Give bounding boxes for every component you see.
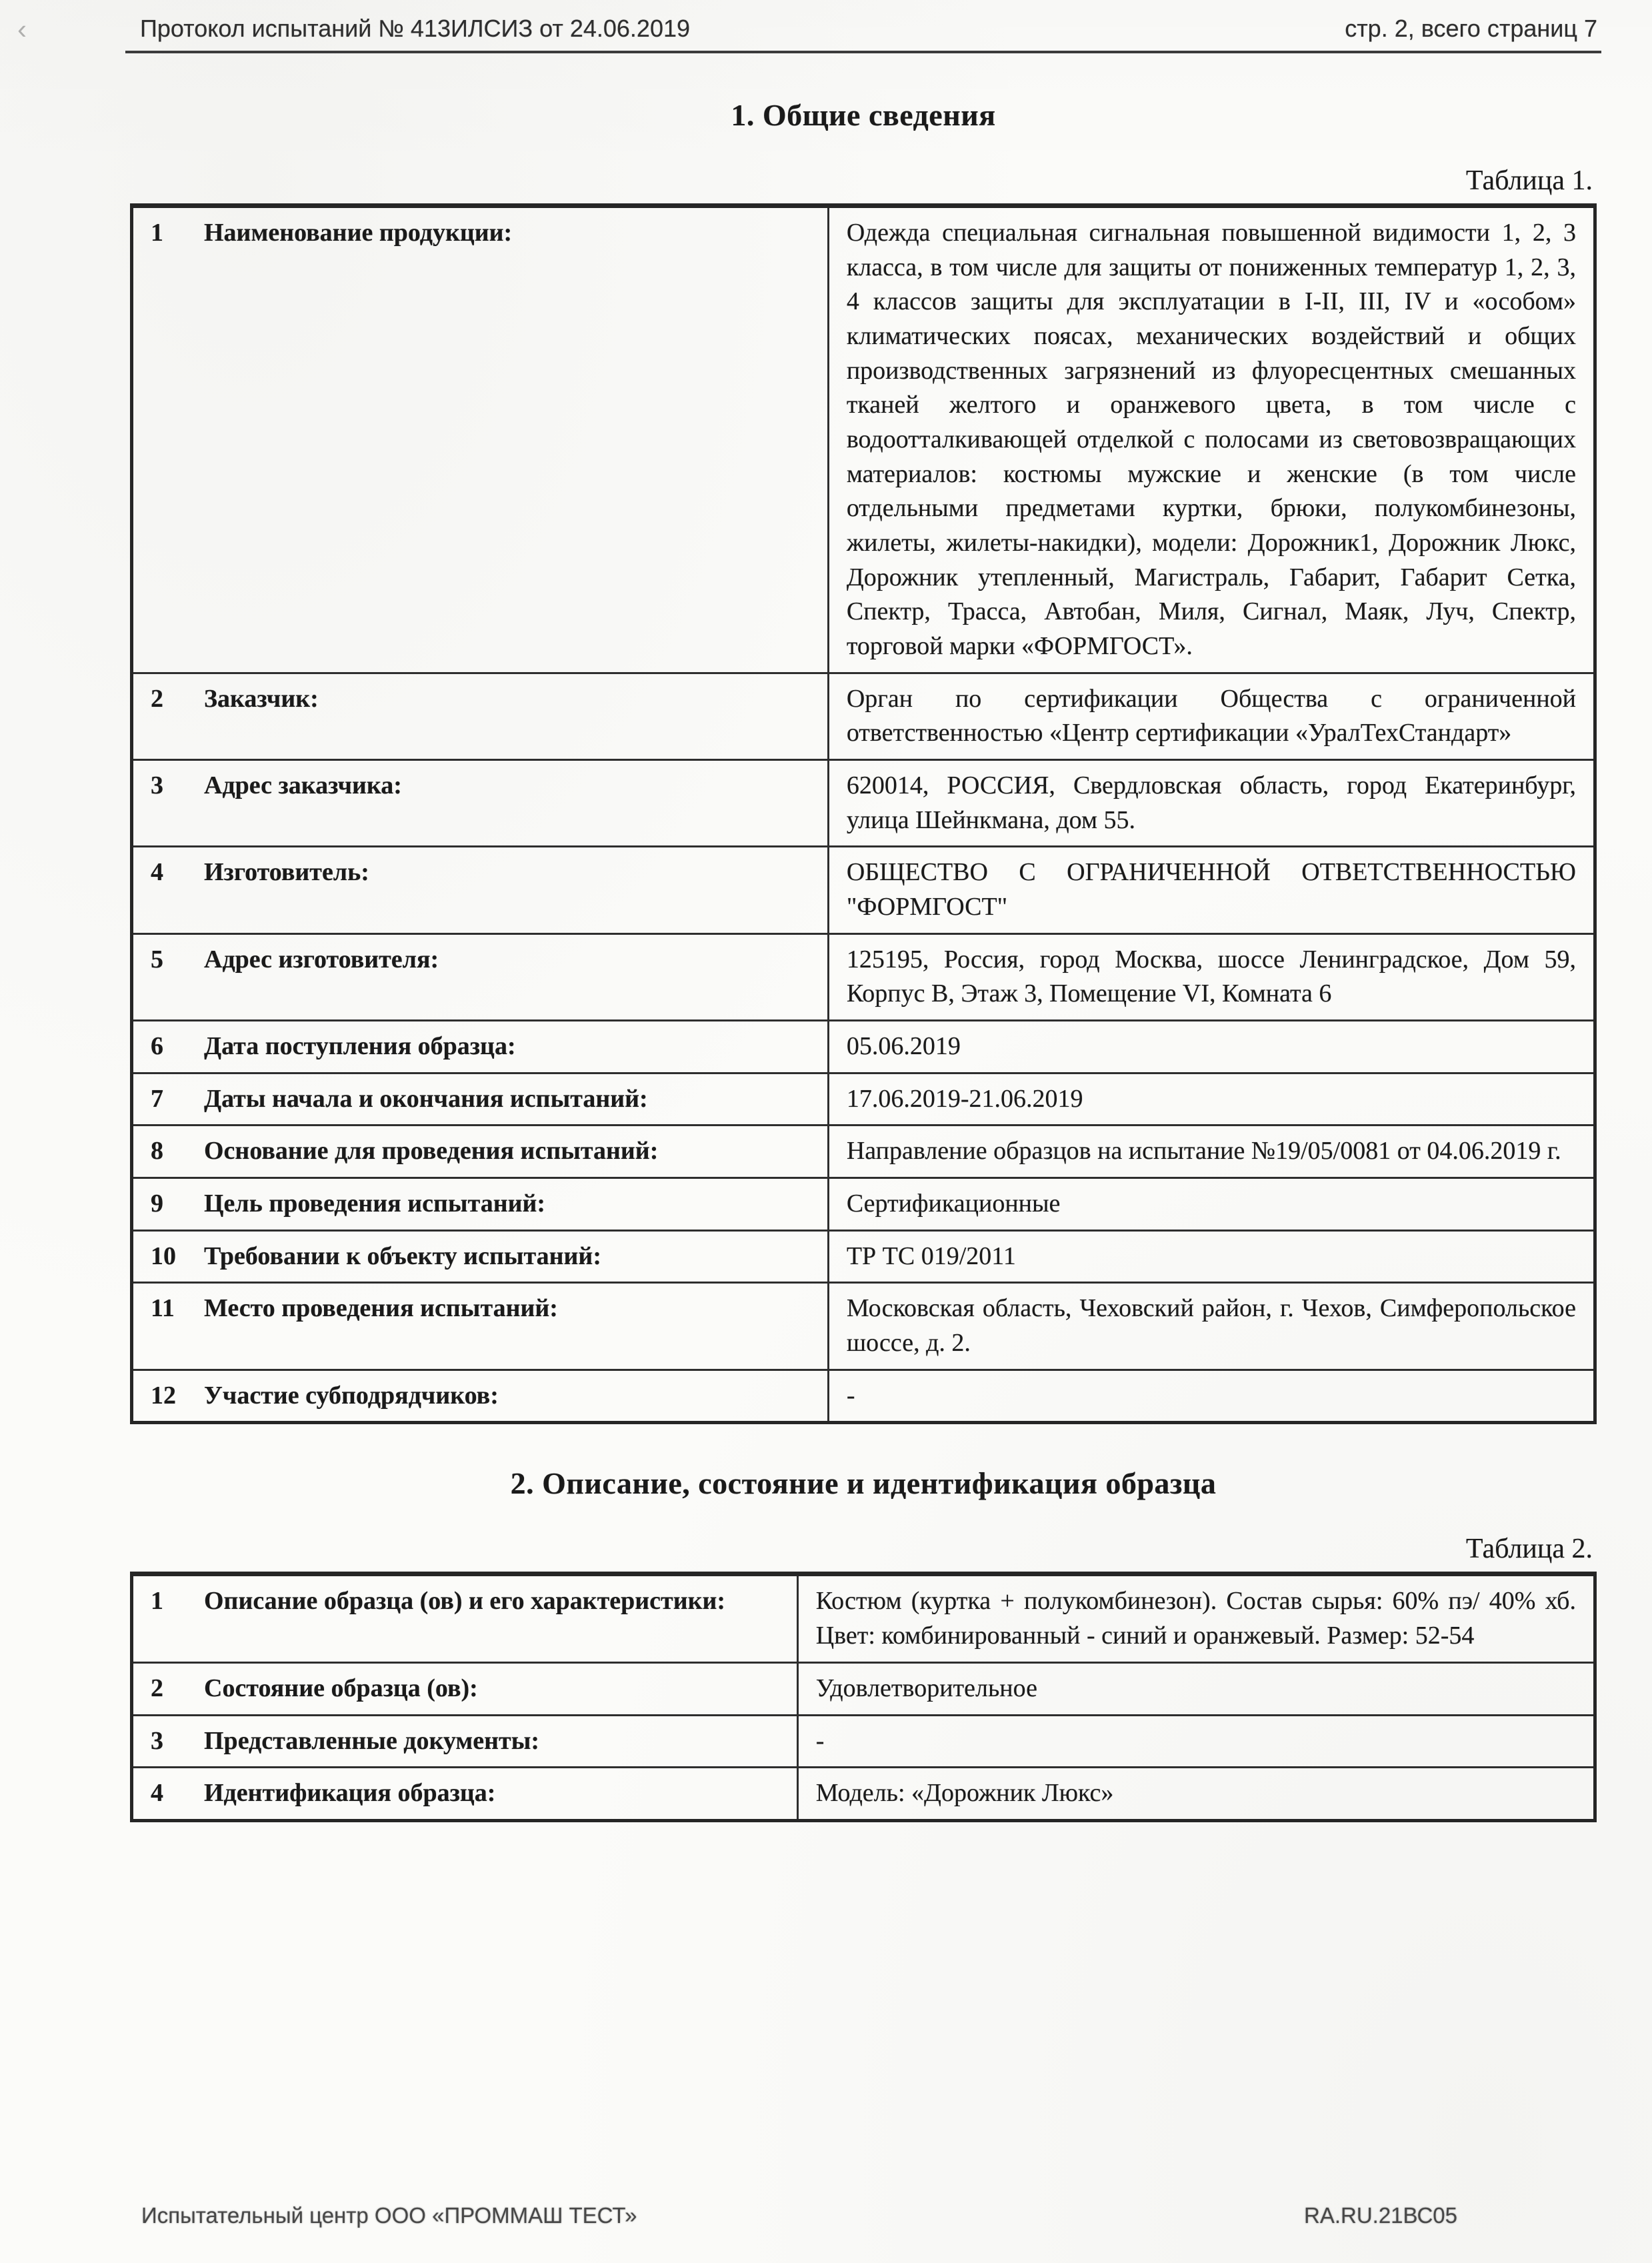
row-value: ТР ТС 019/2011 xyxy=(828,1230,1595,1283)
page-footer: Испытательный центр ООО «ПРОММАШ ТЕСТ» R… xyxy=(141,2203,1457,2228)
document-body: 1. Общие сведения Таблица 1. 1Наименован… xyxy=(130,69,1597,1822)
row-label: Адрес заказчика: xyxy=(204,771,402,799)
row-value: ОБЩЕСТВО С ОГРАНИЧЕННОЙ ОТВЕТСТВЕННОСТЬЮ… xyxy=(828,847,1595,933)
row-number: 2 xyxy=(151,682,204,717)
header-page-count: стр. 2, всего страниц 7 xyxy=(1345,15,1597,43)
table2-caption: Таблица 2. xyxy=(130,1533,1597,1565)
scanned-document-page: ‹ Протокол испытаний № 413ИЛСИЗ от 24.06… xyxy=(0,0,1652,2263)
table1-caption: Таблица 1. xyxy=(130,165,1597,197)
table-row: 3Представленные документы: - xyxy=(132,1715,1595,1768)
row-number: 9 xyxy=(151,1187,204,1222)
row-number: 6 xyxy=(151,1029,204,1064)
table-row: 6Дата поступления образца: 05.06.2019 xyxy=(132,1021,1595,1073)
table-row: 8Основание для проведения испытаний: Нап… xyxy=(132,1125,1595,1178)
row-value: 125195, Россия, город Москва, шоссе Лени… xyxy=(828,933,1595,1020)
row-number: 4 xyxy=(151,1776,204,1811)
table-row: 1Описание образца (ов) и его характерист… xyxy=(132,1574,1595,1662)
row-value: - xyxy=(797,1715,1595,1768)
row-value: Сертификационные xyxy=(828,1178,1595,1231)
footer-accreditation-number: RA.RU.21ВС05 xyxy=(1304,2203,1457,2228)
section1-title: 1. Общие сведения xyxy=(130,97,1597,133)
row-value: Костюм (куртка + полукомбинезон). Состав… xyxy=(797,1574,1595,1662)
table-row: 4Изготовитель: ОБЩЕСТВО С ОГРАНИЧЕННОЙ О… xyxy=(132,847,1595,933)
table-row: 10Требовании к объекту испытаний: ТР ТС … xyxy=(132,1230,1595,1283)
row-number: 12 xyxy=(151,1379,204,1414)
row-label: Требовании к объекту испытаний: xyxy=(204,1242,601,1270)
row-label: Даты начала и окончания испытаний: xyxy=(204,1085,648,1113)
scan-artifact: ‹ xyxy=(17,13,27,45)
row-value: 620014, РОССИЯ, Свердловская область, го… xyxy=(828,760,1595,847)
row-value: Модель: «Дорожник Люкс» xyxy=(797,1768,1595,1821)
row-label: Состояние образца (ов): xyxy=(204,1674,478,1702)
row-label: Представленные документы: xyxy=(204,1727,539,1755)
row-value: 05.06.2019 xyxy=(828,1021,1595,1073)
row-label: Место проведения испытаний: xyxy=(204,1294,558,1322)
row-label: Изготовитель: xyxy=(204,858,369,886)
row-label: Заказчик: xyxy=(204,685,319,713)
row-value: Одежда специальная сигнальная повышенной… xyxy=(828,206,1595,673)
table-row: 7Даты начала и окончания испытаний: 17.0… xyxy=(132,1073,1595,1125)
row-label: Основание для проведения испытаний: xyxy=(204,1137,658,1165)
row-number: 2 xyxy=(151,1672,204,1706)
table-row: 4Идентификация образца: Модель: «Дорожни… xyxy=(132,1768,1595,1821)
table2-sample-description: 1Описание образца (ов) и его характерист… xyxy=(130,1572,1597,1822)
row-number: 3 xyxy=(151,769,204,803)
row-value: Московская область, Чеховский район, г. … xyxy=(828,1283,1595,1370)
row-number: 11 xyxy=(151,1292,204,1326)
row-value: Орган по сертификации Общества с огранич… xyxy=(828,673,1595,759)
table1-general-info: 1Наименование продукции: Одежда специаль… xyxy=(130,203,1597,1424)
row-label: Цель проведения испытаний: xyxy=(204,1190,545,1218)
row-label: Идентификация образца: xyxy=(204,1779,495,1807)
row-number: 5 xyxy=(151,943,204,977)
row-number: 1 xyxy=(151,216,204,251)
row-number: 3 xyxy=(151,1724,204,1759)
row-number: 4 xyxy=(151,855,204,890)
header-protocol-number: Протокол испытаний № 413ИЛСИЗ от 24.06.2… xyxy=(140,15,690,43)
table-row: 2Заказчик: Орган по сертификации Обществ… xyxy=(132,673,1595,759)
row-number: 7 xyxy=(151,1082,204,1117)
footer-lab-name: Испытательный центр ООО «ПРОММАШ ТЕСТ» xyxy=(141,2203,637,2228)
row-label: Наименование продукции: xyxy=(204,219,512,247)
table-row: 3Адрес заказчика: 620014, РОССИЯ, Свердл… xyxy=(132,760,1595,847)
table-row: 1Наименование продукции: Одежда специаль… xyxy=(132,206,1595,673)
row-value: - xyxy=(828,1370,1595,1423)
row-number: 10 xyxy=(151,1240,204,1274)
table-row: 12Участие субподрядчиков: - xyxy=(132,1370,1595,1423)
page-header: Протокол испытаний № 413ИЛСИЗ от 24.06.2… xyxy=(125,12,1601,53)
table-row: 11Место проведения испытаний: Московская… xyxy=(132,1283,1595,1370)
table-row: 2Состояние образца (ов): Удовлетворитель… xyxy=(132,1662,1595,1715)
row-value: Направление образцов на испытание №19/05… xyxy=(828,1125,1595,1178)
row-label: Дата поступления образца: xyxy=(204,1032,516,1060)
row-number: 8 xyxy=(151,1134,204,1169)
row-label: Участие субподрядчиков: xyxy=(204,1382,499,1410)
row-number: 1 xyxy=(151,1584,204,1619)
row-label: Адрес изготовителя: xyxy=(204,945,439,973)
row-value: Удовлетворительное xyxy=(797,1662,1595,1715)
table-row: 9Цель проведения испытаний: Сертификацио… xyxy=(132,1178,1595,1231)
row-label: Описание образца (ов) и его характеристи… xyxy=(204,1587,725,1615)
row-value: 17.06.2019-21.06.2019 xyxy=(828,1073,1595,1125)
table-row: 5Адрес изготовителя: 125195, Россия, гор… xyxy=(132,933,1595,1020)
section2-title: 2. Описание, состояние и идентификация о… xyxy=(130,1466,1597,1501)
